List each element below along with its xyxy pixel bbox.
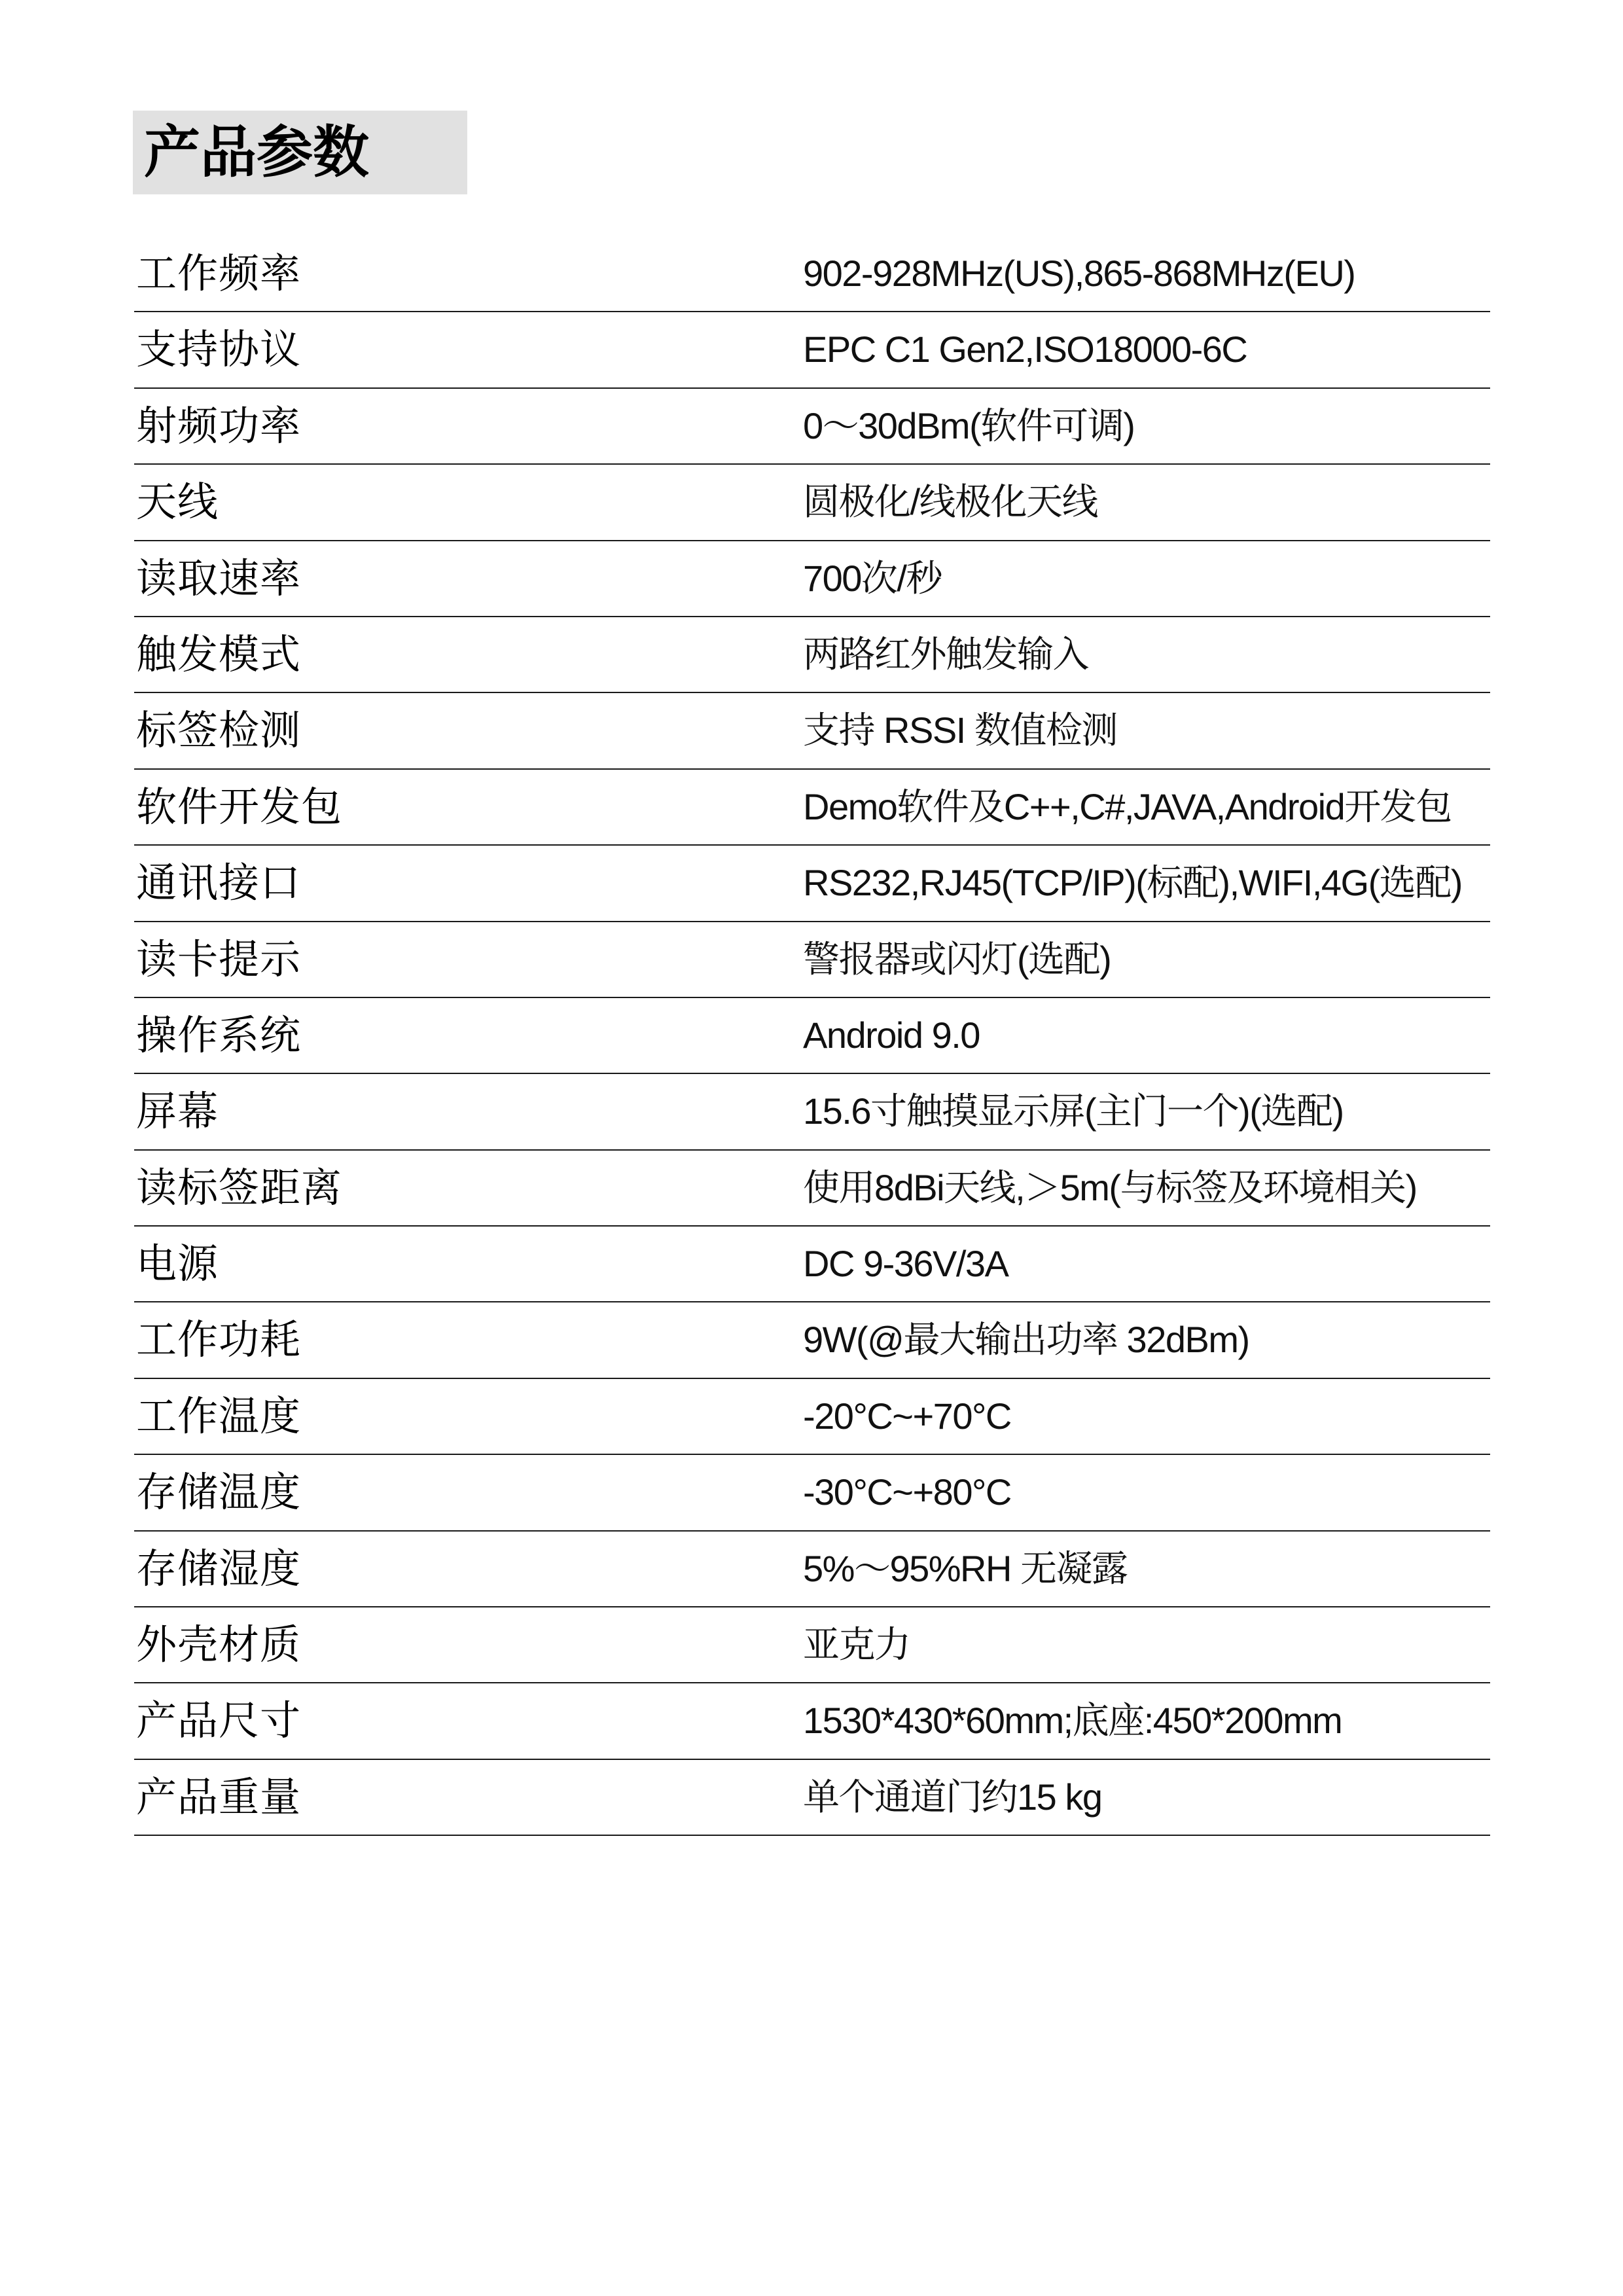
spec-row-power-consumption: 工作功耗 9W(@最大输出功率 32dBm) [134, 1302, 1490, 1378]
spec-value: 700次/秒 [803, 541, 942, 616]
spec-value: -20°C~+70°C [803, 1379, 1011, 1454]
spec-row-power-supply: 电源 DC 9-36V/3A [134, 1227, 1490, 1302]
spec-label: 读标签距离 [136, 1151, 342, 1225]
spec-value: RS232,RJ45(TCP/IP)(标配),WIFI,4G(选配) [803, 846, 1462, 920]
spec-row-operating-temp: 工作温度 -20°C~+70°C [134, 1379, 1490, 1455]
spec-label: 天线 [136, 465, 219, 539]
spec-label: 操作系统 [136, 998, 301, 1073]
spec-label: 射频功率 [136, 389, 301, 463]
spec-row-sdk: 软件开发包 Demo软件及C++,C#,JAVA,Android开发包 [134, 770, 1490, 846]
spec-value: 9W(@最大输出功率 32dBm) [803, 1302, 1249, 1377]
spec-value: 单个通道门约15 kg [803, 1760, 1102, 1835]
spec-row-rf-power: 射频功率 0～30dBm(软件可调) [134, 389, 1490, 465]
page-title-box: 产品参数 [133, 111, 467, 194]
spec-value: 5%～95%RH 无凝露 [803, 1532, 1127, 1606]
spec-label: 产品尺寸 [136, 1683, 301, 1758]
spec-row-trigger-mode: 触发模式 两路红外触发输入 [134, 617, 1490, 693]
spec-value: Demo软件及C++,C#,JAVA,Android开发包 [803, 770, 1452, 844]
spec-label: 产品重量 [136, 1760, 301, 1835]
spec-value: 圆极化/线极化天线 [803, 465, 1097, 539]
spec-value: 0～30dBm(软件可调) [803, 389, 1134, 463]
spec-row-weight: 产品重量 单个通道门约15 kg [134, 1760, 1490, 1836]
spec-value: 使用8dBi天线,＞5m(与标签及环境相关) [803, 1151, 1417, 1225]
spec-value: 亚克力 [803, 1607, 910, 1682]
spec-value: Android 9.0 [803, 998, 980, 1073]
spec-row-protocol: 支持协议 EPC C1 Gen2,ISO18000-6C [134, 312, 1490, 388]
page-title: 产品参数 [144, 111, 369, 194]
spec-value: 1530*430*60mm;底座:450*200mm [803, 1683, 1342, 1758]
spec-value: 警报器或闪灯(选配) [803, 922, 1111, 997]
spec-label: 工作温度 [136, 1379, 301, 1454]
spec-row-os: 操作系统 Android 9.0 [134, 998, 1490, 1074]
spec-label: 工作频率 [136, 236, 301, 311]
spec-label: 屏幕 [136, 1074, 219, 1149]
spec-table: 工作频率 902-928MHz(US),865-868MHz(EU) 支持协议 … [134, 236, 1490, 1836]
spec-label: 读取速率 [136, 541, 301, 616]
spec-row-interface: 通讯接口 RS232,RJ45(TCP/IP)(标配),WIFI,4G(选配) [134, 846, 1490, 922]
spec-label: 外壳材质 [136, 1607, 301, 1682]
spec-label: 工作功耗 [136, 1302, 301, 1377]
spec-label: 软件开发包 [136, 770, 342, 844]
spec-label: 支持协议 [136, 312, 301, 387]
spec-label: 触发模式 [136, 617, 301, 692]
spec-label: 读卡提示 [136, 922, 301, 997]
spec-row-read-alert: 读卡提示 警报器或闪灯(选配) [134, 922, 1490, 998]
spec-row-frequency: 工作频率 902-928MHz(US),865-868MHz(EU) [134, 236, 1490, 312]
spec-label: 电源 [136, 1227, 219, 1301]
spec-label: 存储温度 [136, 1455, 301, 1530]
spec-value: 两路红外触发输入 [803, 617, 1088, 692]
spec-value: EPC C1 Gen2,ISO18000-6C [803, 312, 1247, 387]
spec-value: -30°C~+80°C [803, 1455, 1011, 1530]
spec-label: 标签检测 [136, 693, 301, 768]
spec-row-storage-temp: 存储温度 -30°C~+80°C [134, 1455, 1490, 1531]
spec-value: 支持 RSSI 数值检测 [803, 693, 1117, 768]
spec-row-housing-material: 外壳材质 亚克力 [134, 1607, 1490, 1683]
spec-label: 通讯接口 [136, 846, 301, 920]
spec-label: 存储湿度 [136, 1532, 301, 1606]
spec-row-screen: 屏幕 15.6寸触摸显示屏(主门一个)(选配) [134, 1074, 1490, 1150]
spec-row-read-rate: 读取速率 700次/秒 [134, 541, 1490, 617]
spec-row-storage-humidity: 存储湿度 5%～95%RH 无凝露 [134, 1532, 1490, 1607]
spec-value: DC 9-36V/3A [803, 1227, 1008, 1301]
spec-value: 15.6寸触摸显示屏(主门一个)(选配) [803, 1074, 1344, 1149]
spec-value: 902-928MHz(US),865-868MHz(EU) [803, 236, 1355, 311]
spec-row-read-distance: 读标签距离 使用8dBi天线,＞5m(与标签及环境相关) [134, 1151, 1490, 1227]
spec-row-dimensions: 产品尺寸 1530*430*60mm;底座:450*200mm [134, 1683, 1490, 1759]
spec-row-tag-detection: 标签检测 支持 RSSI 数值检测 [134, 693, 1490, 769]
spec-row-antenna: 天线 圆极化/线极化天线 [134, 465, 1490, 541]
